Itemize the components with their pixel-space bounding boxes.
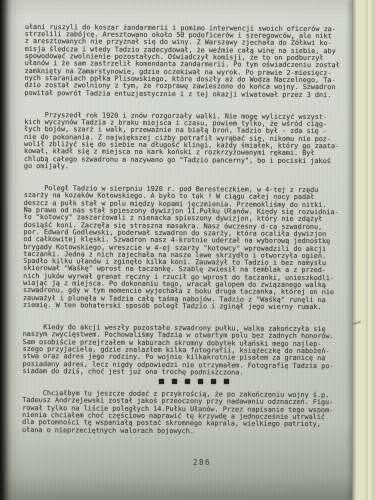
book-spine-shadow [0, 0, 10, 500]
page-edge-stack [352, 0, 375, 500]
separator-square [224, 379, 229, 384]
book-page-photo: ułani ruszyli do koszar żandarmerii i po… [0, 0, 375, 500]
paragraph: Poległ Tadzio w sierpniu 1920 r. pod Ber… [23, 185, 358, 312]
separator-squares [159, 379, 229, 384]
separator-square [172, 379, 177, 384]
separator-square [159, 379, 164, 384]
page-text: ułani ruszyli do koszar żandarmerii i po… [22, 9, 359, 451]
paragraph: ułani ruszyli do koszar żandarmerii i po… [24, 24, 359, 100]
page-edge-crease [352, 321, 361, 326]
paragraph: Kiedy do akcji weszły pozostałe szwadron… [22, 324, 356, 378]
separator-square [211, 379, 216, 384]
page-number: 286 [193, 458, 211, 467]
paragraph: Przyszedł rok 1920 i znów rozgorzały wal… [24, 112, 358, 173]
separator-square [198, 379, 203, 384]
paragraph: Chciałbym tu jeszcze dodać z przykrością… [22, 390, 356, 436]
separator-square [185, 379, 190, 384]
